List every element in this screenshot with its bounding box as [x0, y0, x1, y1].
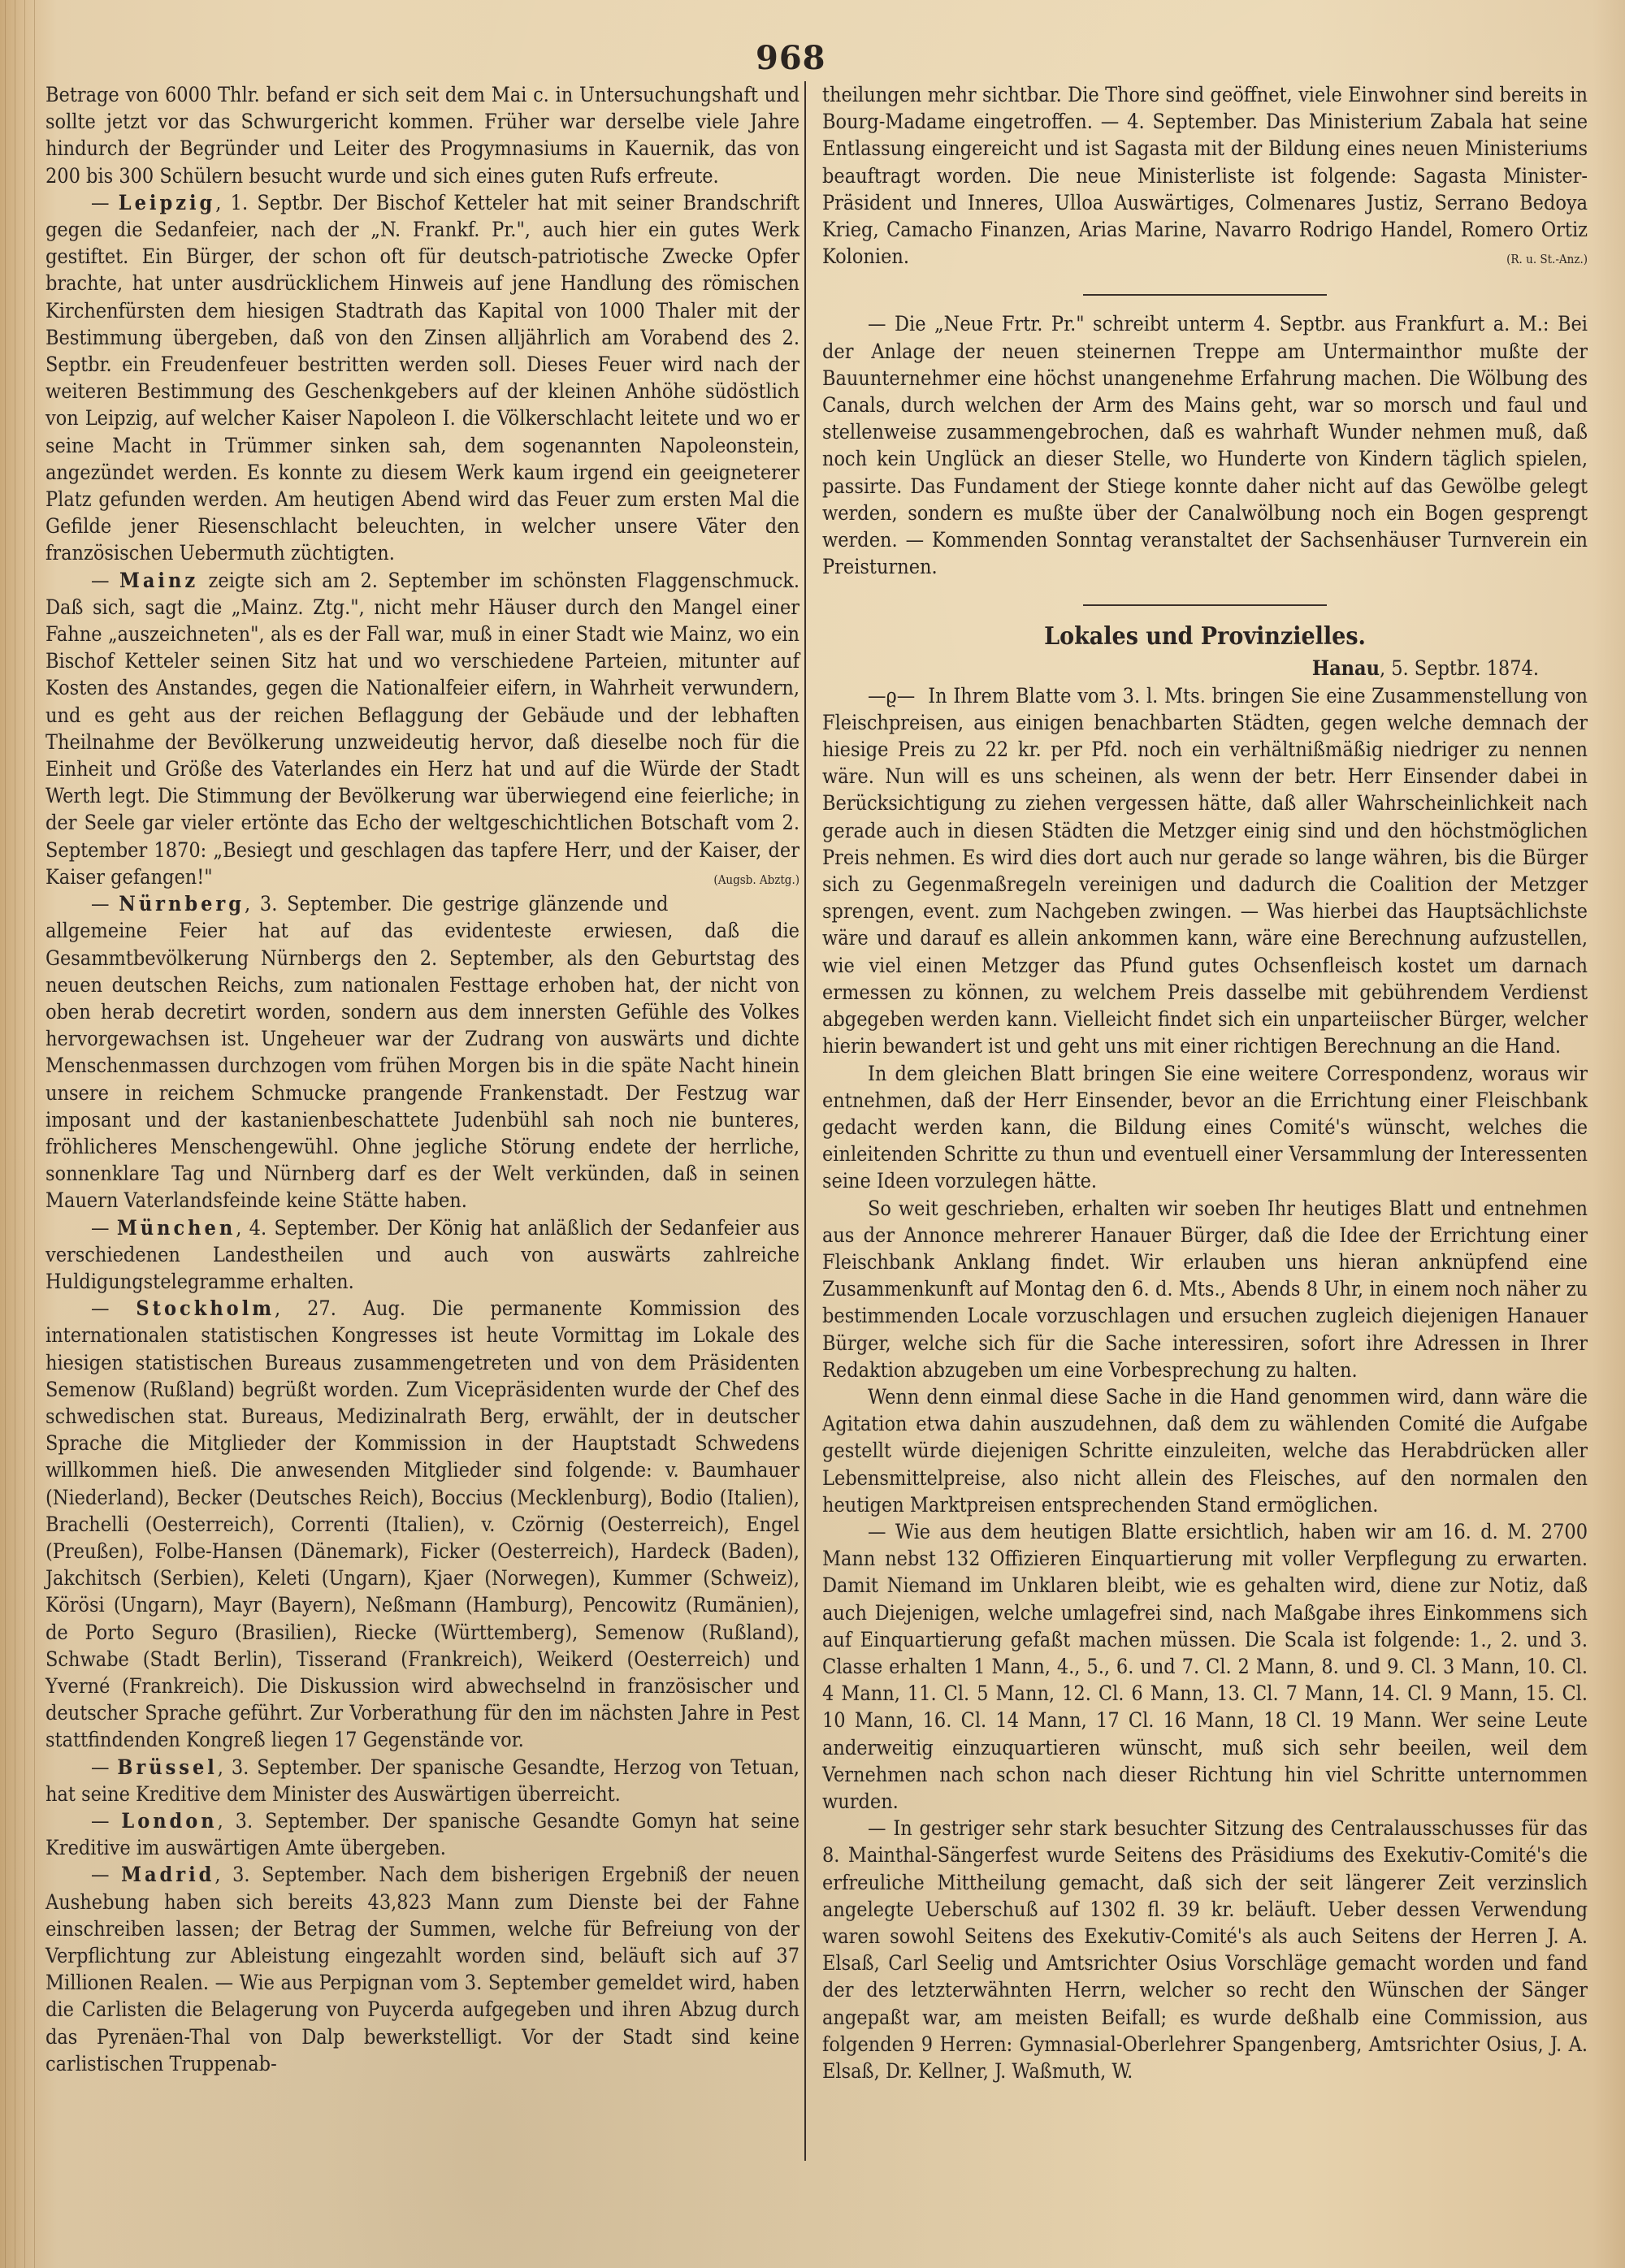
dateline-place: Stockholm — [136, 1296, 275, 1320]
article-continuation: Betrage von 6000 Thlr. befand er sich se… — [45, 81, 799, 189]
article-bruessel: — Brüssel, 3. September. Der spanische G… — [45, 1754, 799, 1807]
dateline-date: , 1. Septbr. — [215, 191, 323, 214]
left-column: Betrage von 6000 Thlr. befand er sich se… — [45, 81, 799, 2077]
article-saengerfest: — In gestriger sehr stark besuchter Sitz… — [822, 1815, 1588, 2084]
article-madrid: — Madrid, 3. September. Nach dem bisheri… — [45, 1861, 799, 2077]
section-title: Lokales und Provinzielles. — [822, 621, 1588, 653]
paragraph-text: In Ihrem Blatte vom 3. l. Mts. bringen S… — [822, 684, 1588, 1058]
article-billeting: — Wie aus dem heutigen Blatte ersichtlic… — [822, 1518, 1588, 1815]
article-stockholm: — Stockholm, 27. Aug. Die permanente Kom… — [45, 1295, 799, 1753]
source-citation: (R. u. St.-Anz.) — [1506, 246, 1588, 273]
article-text: Die gestrige glänzende und allgemeine Fe… — [45, 892, 799, 1212]
dateline-date: , 3. September. — [214, 1863, 366, 1886]
separator-rule — [1083, 294, 1327, 296]
right-column: theilungen mehr sichtbar. Die Thore sind… — [822, 81, 1588, 2084]
madrid-continuation: theilungen mehr sichtbar. Die Thore sind… — [822, 81, 1588, 270]
article-london: — London, 3. September. Der spanische Ge… — [45, 1807, 799, 1861]
article-muenchen: — München, 4. September. Der König hat a… — [45, 1214, 799, 1296]
article-text: Die permanente Kommission des internatio… — [45, 1296, 799, 1751]
letter-paragraph: Wenn denn einmal diese Sache in die Hand… — [822, 1383, 1588, 1518]
dateline-date: , 4. September. — [236, 1216, 379, 1240]
dateline-place: Nürnberg — [119, 892, 245, 915]
dateline-date: , 27. Aug. — [275, 1296, 405, 1320]
dateline-place: Madrid — [121, 1863, 214, 1886]
dateline-place: Hanau — [1312, 656, 1380, 680]
dateline-place: London — [121, 1809, 217, 1833]
letter-paragraph: So weit geschrieben, erhalten wir soeben… — [822, 1195, 1588, 1383]
page-number: 968 — [756, 39, 826, 77]
author-signature: —ϱ— — [868, 684, 928, 708]
column-divider — [804, 81, 806, 2161]
article-text: Nach dem bisherigen Ergebniß der neuen A… — [45, 1863, 799, 2075]
dateline-place: München — [117, 1216, 236, 1240]
dateline-place: Mainz — [119, 569, 198, 592]
letter-paragraph: In dem gleichen Blatt bringen Sie eine w… — [822, 1060, 1588, 1195]
dateline-date: , 3. September. — [218, 1755, 362, 1779]
dateline-date: , 3. September. — [218, 1809, 370, 1833]
dateline-place: Leipzig — [119, 191, 215, 214]
source-citation: (Augsb. Abztg.) — [668, 867, 799, 894]
newspaper-page: 968 Betrage von 6000 Thlr. befand er sic… — [0, 0, 1625, 2268]
article-frankfurt: — Die „Neue Frtr. Pr." schreibt unterm 4… — [822, 310, 1588, 580]
article-text: zeigte sich am 2. September im schönsten… — [45, 569, 799, 889]
letter-paragraph: —ϱ—In Ihrem Blatte vom 3. l. Mts. bringe… — [822, 682, 1588, 1060]
dateline: Hanau, 5. Septbr. 1874. — [822, 655, 1588, 682]
dateline-place: Brüssel — [117, 1755, 217, 1779]
page-edge-stack — [0, 0, 42, 2268]
dateline-date: , 5. Septbr. 1874. — [1380, 656, 1539, 680]
article-leipzig: — Leipzig, 1. Septbr. Der Bischof Kettel… — [45, 189, 799, 567]
dateline-date: , 3. September. — [245, 892, 392, 915]
article-text: theilungen mehr sichtbar. Die Thore sind… — [822, 83, 1588, 268]
separator-rule — [1083, 604, 1327, 606]
article-mainz: — Mainz zeigte sich am 2. September im s… — [45, 567, 799, 890]
article-text: Der Bischof Ketteler hat mit seiner Bran… — [45, 191, 799, 565]
article-nuernberg: — Nürnberg, 3. September. Die gestrige g… — [45, 890, 799, 1214]
